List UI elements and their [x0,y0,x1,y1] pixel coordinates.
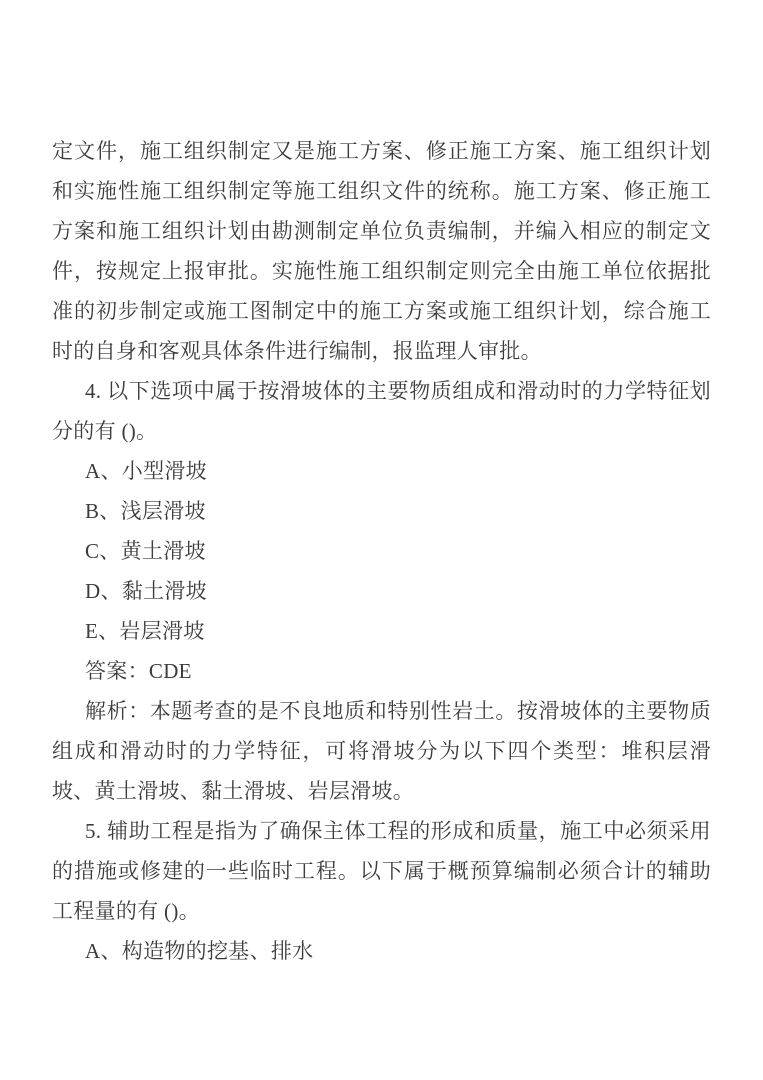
question-5-stem: 5. 辅助工程是指为了确保主体工程的形成和质量，施工中必须采用的措施或修建的一些… [52,811,711,931]
question-4-option-a: A、小型滑坡 [52,451,711,491]
question-4-answer: 答案：CDE [52,651,711,691]
question-4-option-d: D、黏土滑坡 [52,571,711,611]
question-5-option-a: A、构造物的挖基、排水 [52,931,711,971]
document-page: 定文件，施工组织制定又是施工方案、修正施工方案、施工组织计划和实施性施工组织制定… [0,0,763,1080]
question-4-explanation: 解析：本题考查的是不良地质和特别性岩土。按滑坡体的主要物质组成和滑动时的力学特征… [52,691,711,811]
paragraph-body-continuation: 定文件，施工组织制定又是施工方案、修正施工方案、施工组织计划和实施性施工组织制定… [52,131,711,371]
question-4-stem: 4. 以下选项中属于按滑坡体的主要物质组成和滑动时的力学特征划分的有 ()。 [52,371,711,451]
document-content: 定文件，施工组织制定又是施工方案、修正施工方案、施工组织计划和实施性施工组织制定… [0,0,763,971]
question-4-option-b: B、浅层滑坡 [52,491,711,531]
question-4-option-c: C、黄土滑坡 [52,531,711,571]
question-4-option-e: E、岩层滑坡 [52,611,711,651]
